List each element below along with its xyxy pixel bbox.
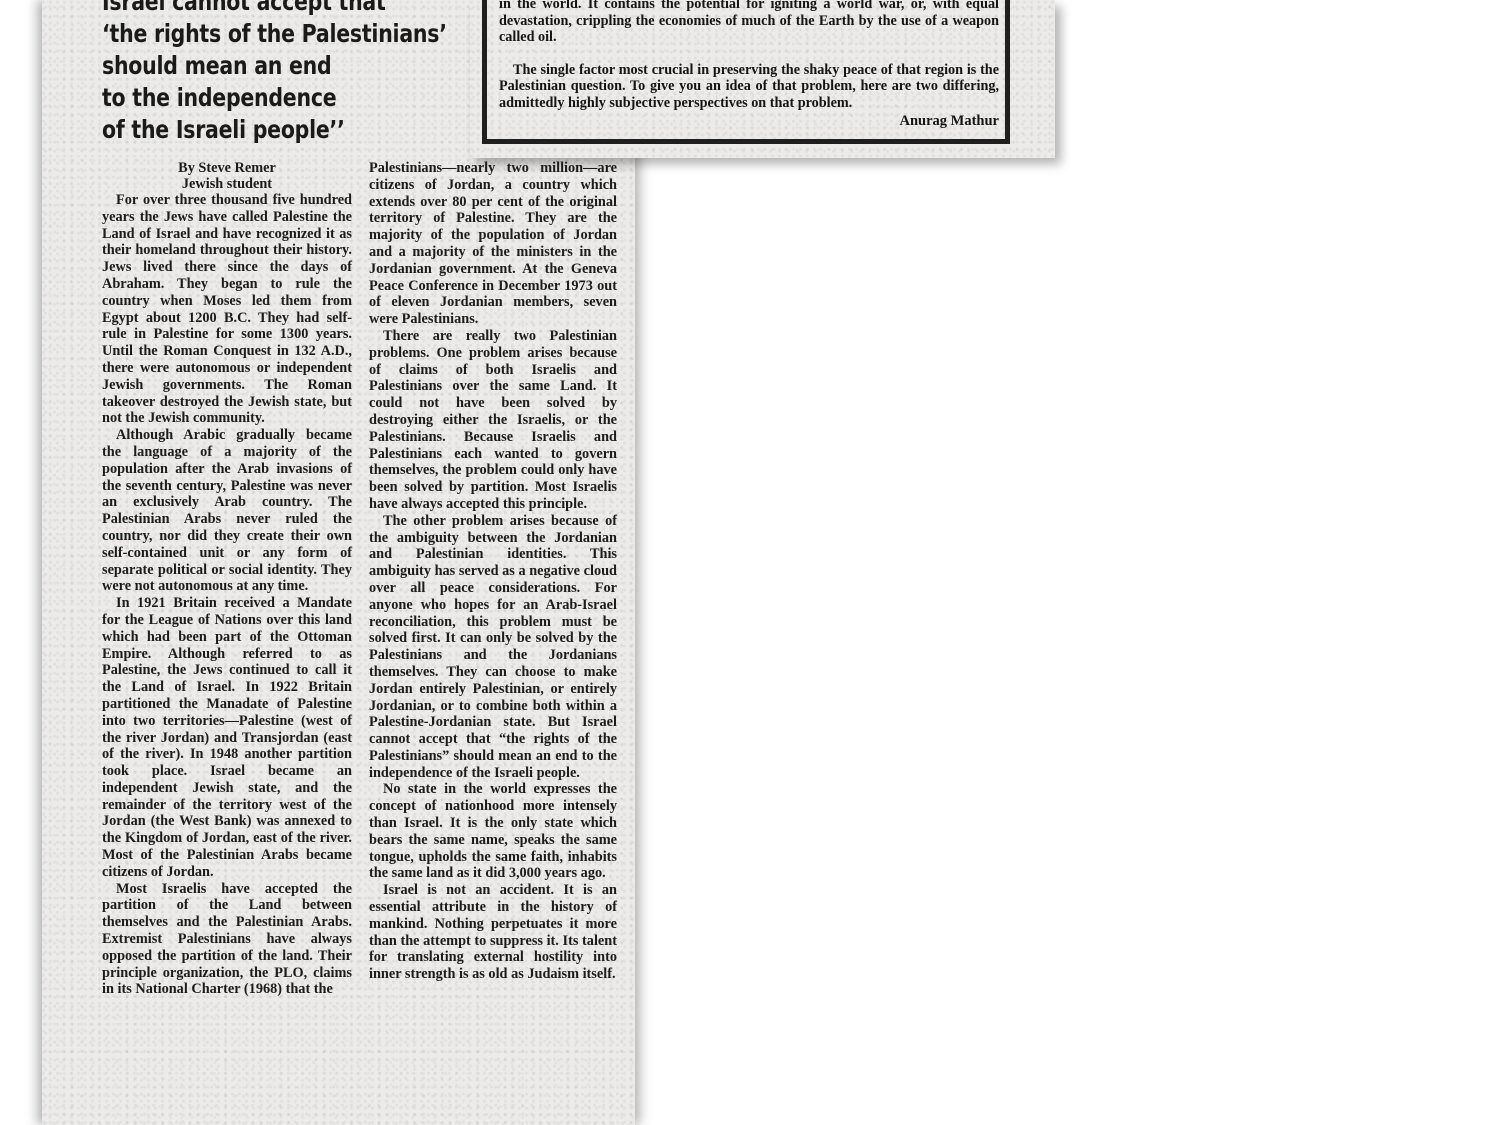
article-paragraph: Israel is not an accident. It is an esse… xyxy=(369,882,617,983)
article-paragraph: The other problem arises because of the … xyxy=(369,513,617,782)
headline-line: should mean an end xyxy=(102,50,405,82)
article-column-2: Palestinians—nearly two million—are citi… xyxy=(369,160,617,983)
intro-paragraph: The single factor most crucial in preser… xyxy=(499,62,999,112)
article-paragraph: Although Arabic gradually became the lan… xyxy=(102,427,352,595)
article-paragraph: Most Israelis have accepted the partitio… xyxy=(102,881,352,999)
article-paragraph: For over three thousand five hundred yea… xyxy=(102,192,352,427)
headline: Israel cannot accept that ‘the rights of… xyxy=(102,0,405,146)
byline-name: By Steve Remer xyxy=(102,160,352,176)
article-column-1: By Steve Remer Jewish student For over t… xyxy=(102,160,352,998)
byline-role: Jewish student xyxy=(102,176,352,192)
intro-paragraph: in the world. It contains the potential … xyxy=(499,0,999,46)
headline-line: of the Israeli people’’ xyxy=(102,114,405,146)
article-paragraph: Palestinians—nearly two million—are citi… xyxy=(369,160,617,328)
intro-box: in the world. It contains the potential … xyxy=(482,0,1010,144)
headline-line: Israel cannot accept that xyxy=(102,0,405,18)
article-paragraph: There are really two Palestinian problem… xyxy=(369,328,617,513)
headline-line: to the independence xyxy=(102,82,405,114)
intro-signature: Anurag Mathur xyxy=(499,113,999,130)
article-paragraph: No state in the world expresses the conc… xyxy=(369,781,617,882)
article-paragraph: In 1921 Britain received a Mandate for t… xyxy=(102,595,352,881)
headline-line: ‘the rights of the Palestinians’ xyxy=(102,18,405,50)
